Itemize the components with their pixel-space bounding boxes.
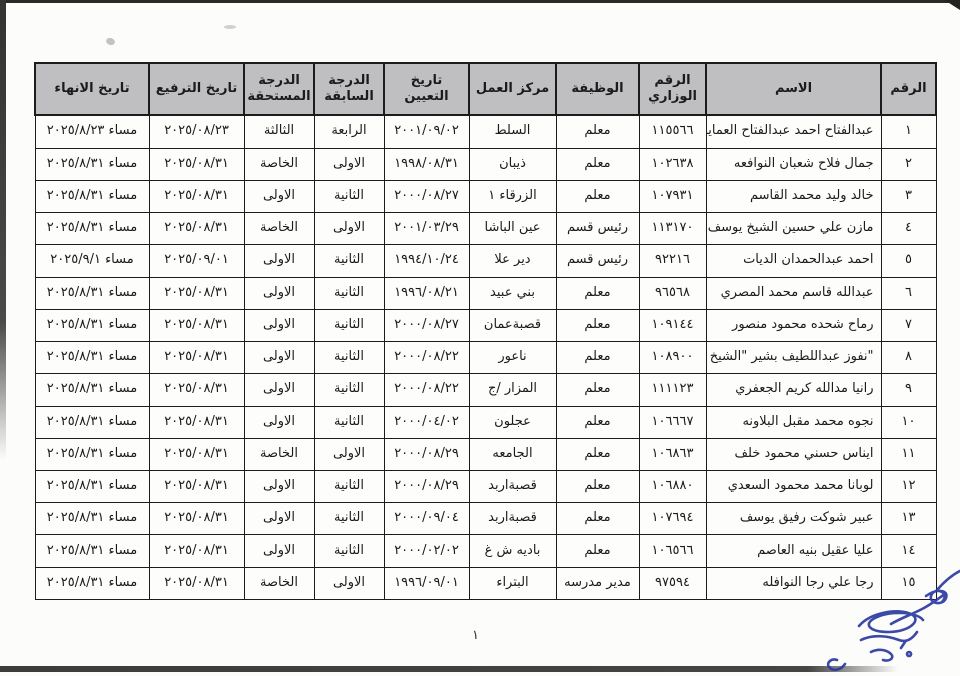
cell-end-date: مساء ٢٠٢٥/٨/٣١	[35, 342, 149, 374]
cell-ministry-number: ١٠٨٩٠٠	[639, 342, 706, 374]
cell-appointment-date: ٢٠٠٠/٠٩/٠٤	[384, 503, 469, 535]
cell-promotion-date: ٢٠٢٥/٠٨/٣١	[149, 148, 244, 180]
scan-smudge	[224, 25, 236, 29]
cell-appointment-date: ٢٠٠٠/٠٨/٢٢	[384, 342, 469, 374]
cell-row-number: ٦	[881, 277, 936, 309]
cell-entitled-grade: الاولى	[244, 503, 314, 535]
cell-row-number: ١٠	[881, 406, 936, 438]
cell-job-title: رئيس قسم	[556, 245, 639, 277]
cell-ministry-number: ١٠٦٨٨٠	[639, 470, 706, 502]
cell-work-center: السلط	[469, 115, 556, 148]
cell-entitled-grade: الاولى	[244, 180, 314, 212]
cell-promotion-date: ٢٠٢٥/٠٨/٣١	[149, 342, 244, 374]
cell-end-date: مساء ٢٠٢٥/٨/٣١	[35, 535, 149, 567]
cell-appointment-date: ١٩٩٤/١٠/٢٤	[384, 245, 469, 277]
cell-promotion-date: ٢٠٢٥/٠٨/٣١	[149, 277, 244, 309]
cell-previous-grade: الثانية	[314, 245, 384, 277]
table-row: ١٢ لوبانا محمد محمود السعدي ١٠٦٨٨٠ معلم …	[35, 470, 936, 502]
cell-end-date: مساء ٢٠٢٥/٨/٣١	[35, 503, 149, 535]
cell-promotion-date: ٢٠٢٥/٠٨/٣١	[149, 470, 244, 502]
cell-row-number: ٧	[881, 309, 936, 341]
cell-entitled-grade: الاولى	[244, 406, 314, 438]
cell-employee-name: عبدالفتاح احمد عبدالفتاح العمايره	[706, 115, 881, 148]
cell-row-number: ١	[881, 115, 936, 148]
cell-appointment-date: ٢٠٠٠/٠٨/٢٩	[384, 438, 469, 470]
cell-employee-name: عبير شوكت رفيق يوسف	[706, 503, 881, 535]
cell-entitled-grade: الخاصة	[244, 438, 314, 470]
cell-end-date: مساء ٢٠٢٥/٨/٣١	[35, 470, 149, 502]
cell-job-title: معلم	[556, 342, 639, 374]
cell-entitled-grade: الاولى	[244, 470, 314, 502]
scan-edge-top	[0, 0, 960, 3]
cell-end-date: مساء ٢٠٢٥/٨/٣١	[35, 406, 149, 438]
cell-appointment-date: ٢٠٠٠/٠٤/٠٢	[384, 406, 469, 438]
cell-row-number: ٢	[881, 148, 936, 180]
cell-previous-grade: الثانية	[314, 309, 384, 341]
cell-job-title: معلم	[556, 148, 639, 180]
cell-promotion-date: ٢٠٢٥/٠٨/٣١	[149, 503, 244, 535]
cell-job-title: معلم	[556, 470, 639, 502]
cell-promotion-date: ٢٠٢٥/٠٨/٢٣	[149, 115, 244, 148]
cell-promotion-date: ٢٠٢٥/٠٨/٣١	[149, 374, 244, 406]
cell-previous-grade: الرابعة	[314, 115, 384, 148]
column-header: تاريخ التعيين	[384, 63, 469, 115]
column-header: تاريخ الترفيع	[149, 63, 244, 115]
cell-ministry-number: ٩٦٥٦٨	[639, 277, 706, 309]
table-row: ٧ رماح شحده محمود منصور ١٠٩١٤٤ معلم قصبة…	[35, 309, 936, 341]
cell-employee-name: عليا عقيل بنيه العاصم	[706, 535, 881, 567]
column-header: الرقم الوزاري	[639, 63, 706, 115]
cell-entitled-grade: الاولى	[244, 309, 314, 341]
cell-row-number: ١١	[881, 438, 936, 470]
cell-row-number: ٨	[881, 342, 936, 374]
column-header: تاريخ الانهاء	[35, 63, 149, 115]
cell-previous-grade: الثانية	[314, 535, 384, 567]
cell-entitled-grade: الثالثة	[244, 115, 314, 148]
cell-ministry-number: ١٠٦٨٦٣	[639, 438, 706, 470]
cell-entitled-grade: الخاصة	[244, 213, 314, 245]
column-header: الاسم	[706, 63, 881, 115]
cell-employee-name: "نفوز عبداللطيف بشير "الشيخ ياسين	[706, 342, 881, 374]
cell-promotion-date: ٢٠٢٥/٠٨/٣١	[149, 438, 244, 470]
cell-appointment-date: ٢٠٠١/٠٩/٠٢	[384, 115, 469, 148]
cell-job-title: معلم	[556, 374, 639, 406]
cell-row-number: ٤	[881, 213, 936, 245]
cell-appointment-date: ٢٠٠٠/٠٢/٠٢	[384, 535, 469, 567]
cell-entitled-grade: الاولى	[244, 374, 314, 406]
cell-end-date: مساء ٢٠٢٥/٨/٣١	[35, 213, 149, 245]
cell-appointment-date: ٢٠٠٠/٠٨/٢٢	[384, 374, 469, 406]
cell-previous-grade: الاولى	[314, 148, 384, 180]
cell-previous-grade: الاولى	[314, 567, 384, 599]
cell-work-center: المزار /ج	[469, 374, 556, 406]
cell-end-date: مساء ٢٠٢٥/٨/٣١	[35, 309, 149, 341]
cell-job-title: معلم	[556, 503, 639, 535]
cell-promotion-date: ٢٠٢٥/٠٨/٣١	[149, 213, 244, 245]
cell-employee-name: مازن علي حسين الشيخ يوسف الخضر	[706, 213, 881, 245]
cell-row-number: ٥	[881, 245, 936, 277]
cell-entitled-grade: الاولى	[244, 535, 314, 567]
cell-entitled-grade: الخاصة	[244, 148, 314, 180]
table-row: ٩ رانيا مدالله كريم الجعفري ١١١١٢٣ معلم …	[35, 374, 936, 406]
cell-ministry-number: ١٠٦٥٦٦	[639, 535, 706, 567]
cell-entitled-grade: الاولى	[244, 342, 314, 374]
cell-promotion-date: ٢٠٢٥/٠٨/٣١	[149, 180, 244, 212]
cell-end-date: مساء ٢٠٢٥/٨/٣١	[35, 277, 149, 309]
cell-end-date: مساء ٢٠٢٥/٨/٢٣	[35, 115, 149, 148]
cell-work-center: البتراء	[469, 567, 556, 599]
cell-previous-grade: الثانية	[314, 180, 384, 212]
cell-ministry-number: ٩٢٢١٦	[639, 245, 706, 277]
cell-work-center: باديه ش غ	[469, 535, 556, 567]
cell-appointment-date: ٢٠٠٠/٠٨/٢٧	[384, 180, 469, 212]
signature	[741, 568, 960, 676]
cell-previous-grade: الثانية	[314, 503, 384, 535]
cell-work-center: الزرقاء ١	[469, 180, 556, 212]
cell-work-center: ذيبان	[469, 148, 556, 180]
cell-promotion-date: ٢٠٢٥/٠٩/٠١	[149, 245, 244, 277]
cell-work-center: دير علا	[469, 245, 556, 277]
cell-work-center: ناعور	[469, 342, 556, 374]
cell-employee-name: عبدالله قاسم محمد المصري	[706, 277, 881, 309]
cell-ministry-number: ١١٣١٧٠	[639, 213, 706, 245]
cell-job-title: معلم	[556, 406, 639, 438]
column-header: مركز العمل	[469, 63, 556, 115]
cell-ministry-number: ٩٧٥٩٤	[639, 567, 706, 599]
scan-edge-left	[0, 0, 6, 460]
cell-row-number: ١٢	[881, 470, 936, 502]
column-header: الدرجة السابقة	[314, 63, 384, 115]
cell-work-center: عجلون	[469, 406, 556, 438]
cell-end-date: مساء ٢٠٢٥/٩/١	[35, 245, 149, 277]
cell-appointment-date: ١٩٩٦/٠٩/٠١	[384, 567, 469, 599]
scan-smudge	[105, 37, 116, 47]
page-number: ١	[472, 628, 479, 643]
cell-work-center: الجامعه	[469, 438, 556, 470]
cell-appointment-date: ٢٠٠٠/٠٨/٢٩	[384, 470, 469, 502]
cell-employee-name: لوبانا محمد محمود السعدي	[706, 470, 881, 502]
cell-promotion-date: ٢٠٢٥/٠٨/٣١	[149, 406, 244, 438]
cell-appointment-date: ١٩٩٨/٠٨/٣١	[384, 148, 469, 180]
cell-promotion-date: ٢٠٢٥/٠٨/٣١	[149, 535, 244, 567]
cell-job-title: معلم	[556, 438, 639, 470]
cell-previous-grade: الاولى	[314, 438, 384, 470]
cell-work-center: قصبةعمان	[469, 309, 556, 341]
cell-ministry-number: ١٠٧٩٣١	[639, 180, 706, 212]
cell-promotion-date: ٢٠٢٥/٠٨/٣١	[149, 309, 244, 341]
cell-ministry-number: ١٠٩١٤٤	[639, 309, 706, 341]
cell-previous-grade: الثانية	[314, 342, 384, 374]
cell-row-number: ٩	[881, 374, 936, 406]
table-header-row: الرقمالاسمالرقم الوزاريالوظيفةمركز العمل…	[35, 63, 936, 115]
cell-previous-grade: الاولى	[314, 213, 384, 245]
cell-employee-name: جمال فلاح شعبان النوافعه	[706, 148, 881, 180]
cell-work-center: قصبةاربد	[469, 503, 556, 535]
cell-ministry-number: ١٠٦٦٦٧	[639, 406, 706, 438]
cell-job-title: مدير مدرسه	[556, 567, 639, 599]
table-row: ١ عبدالفتاح احمد عبدالفتاح العمايره ١١٥٥…	[35, 115, 936, 148]
table-row: ٣ خالد وليد محمد القاسم ١٠٧٩٣١ معلم الزر…	[35, 180, 936, 212]
cell-job-title: رئيس قسم	[556, 213, 639, 245]
cell-entitled-grade: الاولى	[244, 245, 314, 277]
cell-job-title: معلم	[556, 535, 639, 567]
cell-end-date: مساء ٢٠٢٥/٨/٣١	[35, 148, 149, 180]
cell-end-date: مساء ٢٠٢٥/٨/٣١	[35, 180, 149, 212]
cell-job-title: معلم	[556, 309, 639, 341]
table-row: ٦ عبدالله قاسم محمد المصري ٩٦٥٦٨ معلم بن…	[35, 277, 936, 309]
cell-employee-name: خالد وليد محمد القاسم	[706, 180, 881, 212]
cell-appointment-date: ١٩٩٦/٠٨/٢١	[384, 277, 469, 309]
column-header: الوظيفة	[556, 63, 639, 115]
cell-employee-name: نجوه محمد مقبل البلاونه	[706, 406, 881, 438]
table-row: ١١ ايناس حسني محمود خلف ١٠٦٨٦٣ معلم الجا…	[35, 438, 936, 470]
cell-employee-name: رانيا مدالله كريم الجعفري	[706, 374, 881, 406]
table-row: ٥ احمد عبدالحمدان الديات ٩٢٢١٦ رئيس قسم …	[35, 245, 936, 277]
cell-ministry-number: ١٠٢٦٣٨	[639, 148, 706, 180]
table-row: ٨ "نفوز عبداللطيف بشير "الشيخ ياسين ١٠٨٩…	[35, 342, 936, 374]
cell-ministry-number: ١١٥٥٦٦	[639, 115, 706, 148]
cell-appointment-date: ٢٠٠١/٠٣/٢٩	[384, 213, 469, 245]
table-row: ١٣ عبير شوكت رفيق يوسف ١٠٧٦٩٤ معلم قصبةا…	[35, 503, 936, 535]
cell-appointment-date: ٢٠٠٠/٠٨/٢٧	[384, 309, 469, 341]
cell-previous-grade: الثانية	[314, 406, 384, 438]
table-row: ٤ مازن علي حسين الشيخ يوسف الخضر ١١٣١٧٠ …	[35, 213, 936, 245]
cell-row-number: ١٣	[881, 503, 936, 535]
cell-entitled-grade: الخاصة	[244, 567, 314, 599]
table-row: ١٤ عليا عقيل بنيه العاصم ١٠٦٥٦٦ معلم باد…	[35, 535, 936, 567]
cell-job-title: معلم	[556, 180, 639, 212]
column-header: الدرجة المستحقة	[244, 63, 314, 115]
cell-work-center: عين الباشا	[469, 213, 556, 245]
cell-entitled-grade: الاولى	[244, 277, 314, 309]
cell-employee-name: رماح شحده محمود منصور	[706, 309, 881, 341]
cell-end-date: مساء ٢٠٢٥/٨/٣١	[35, 567, 149, 599]
cell-end-date: مساء ٢٠٢٥/٨/٣١	[35, 438, 149, 470]
table-row: ٢ جمال فلاح شعبان النوافعه ١٠٢٦٣٨ معلم ذ…	[35, 148, 936, 180]
cell-row-number: ٣	[881, 180, 936, 212]
cell-previous-grade: الثانية	[314, 277, 384, 309]
cell-job-title: معلم	[556, 115, 639, 148]
cell-promotion-date: ٢٠٢٥/٠٨/٣١	[149, 567, 244, 599]
cell-end-date: مساء ٢٠٢٥/٨/٣١	[35, 374, 149, 406]
cell-ministry-number: ١٠٧٦٩٤	[639, 503, 706, 535]
cell-previous-grade: الثانية	[314, 470, 384, 502]
cell-ministry-number: ١١١١٢٣	[639, 374, 706, 406]
cell-employee-name: احمد عبدالحمدان الديات	[706, 245, 881, 277]
cell-job-title: معلم	[556, 277, 639, 309]
column-header: الرقم	[881, 63, 936, 115]
cell-row-number: ١٤	[881, 535, 936, 567]
cell-employee-name: ايناس حسني محمود خلف	[706, 438, 881, 470]
promotion-table: الرقمالاسمالرقم الوزاريالوظيفةمركز العمل…	[34, 62, 937, 600]
cell-work-center: بني عبيد	[469, 277, 556, 309]
table-row: ١٠ نجوه محمد مقبل البلاونه ١٠٦٦٦٧ معلم ع…	[35, 406, 936, 438]
cell-previous-grade: الثانية	[314, 374, 384, 406]
cell-work-center: قصبةاربد	[469, 470, 556, 502]
